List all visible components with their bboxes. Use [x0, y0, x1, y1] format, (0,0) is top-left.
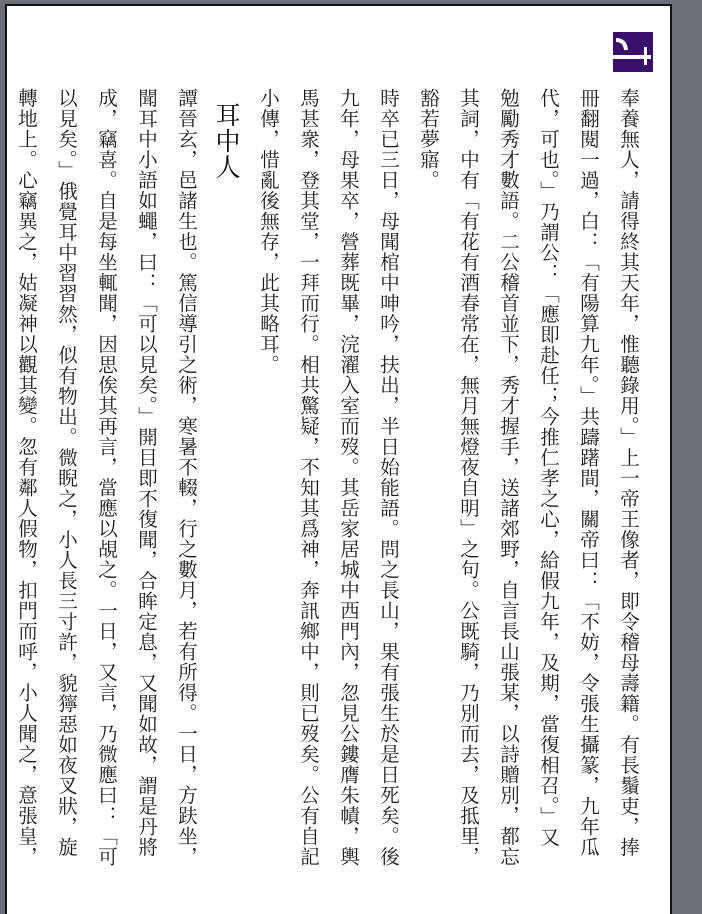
vertical-text-body: 奉養無人，請得終其天年，惟聽錄用。」上一帝王像者，即令稽母壽籍。有長鬚吏，捧 冊… [0, 88, 648, 868]
section-heading: 耳中人 [208, 88, 244, 868]
text-column: 遶屋而轉，如鼠失窟。譚覺神魂俱失，不復知小人何所之矣，遂得顛疾，號叫不休，醫 [0, 88, 6, 868]
text-column: 豁若夢寤。 [408, 88, 448, 868]
text-column: 代，可也。」乃謂公：「應即赴任；今推仁孝之心，給假九年，及期，當復相召。」又 [528, 88, 568, 868]
text-column: 以見矣。」俄覺耳中習習然，似有物出。微睨之，小人長三寸許，貌獰惡如夜叉狀，旋 [46, 88, 86, 868]
text-column: 勉勵秀才數語。二公稽首並下，秀才握手，送諸郊野，自言長山張某，以詩贈別，都忘 [488, 88, 528, 868]
text-column: 馬甚衆，登其堂，一拜而行。相共驚疑，不知其爲神，奔訊鄉中，則已歿矣。公有自記 [288, 88, 328, 868]
document-page: 奉養無人，請得終其天年，惟聽錄用。」上一帝王像者，即令稽母壽籍。有長鬚吏，捧 冊… [5, 4, 672, 914]
text-column: 冊翻閱一過，白：「有陽算九年。」共躊躇間，關帝曰：「不妨，令張生攝篆，九年瓜 [568, 88, 608, 868]
text-column: 成，竊喜。自是每坐輒聞，因思俟其再言，當應以覘之。一日，又言，乃微應曰：「可 [86, 88, 126, 868]
text-column: 譚晉玄，邑諸生也。篤信導引之術，寒暑不輟，行之數月，若有所得。一日，方趺坐， [166, 88, 206, 868]
text-column: 轉地上。心竊異之，姑凝神以觀其變。忽有鄰人假物，扣門而呼，小人聞之，意張皇， [6, 88, 46, 868]
text-column: 九年，母果卒，營葬既畢，浣濯入室而歿。其岳家居城中西門內，忽見公鏤膺朱幘，輿 [328, 88, 368, 868]
document-viewer: 奉養無人，請得終其天年，惟聽錄用。」上一帝王像者，即令稽母壽籍。有長鬚吏，捧 冊… [0, 0, 702, 914]
text-column: 其詞，中有「有花有酒春常在，無月無燈夜自明」之句。公既騎，乃別而去，及抵里， [448, 88, 488, 868]
text-column: 時卒已三日，母聞棺中呻吟，扶出，半日始能語。問之長山，果有張生於是日死矣。後 [368, 88, 408, 868]
text-column: 奉養無人，請得終其天年，惟聽錄用。」上一帝王像者，即令稽母壽籍。有長鬚吏，捧 [608, 88, 648, 868]
publisher-logo-icon [613, 32, 653, 72]
text-column: 聞耳中小語如蠅，曰：「可以見矣。」開目即不復聞，合眸定息，又聞如故，謂是丹將 [126, 88, 166, 868]
text-column: 小傳，惜亂後無存，此其略耳。 [248, 88, 288, 868]
